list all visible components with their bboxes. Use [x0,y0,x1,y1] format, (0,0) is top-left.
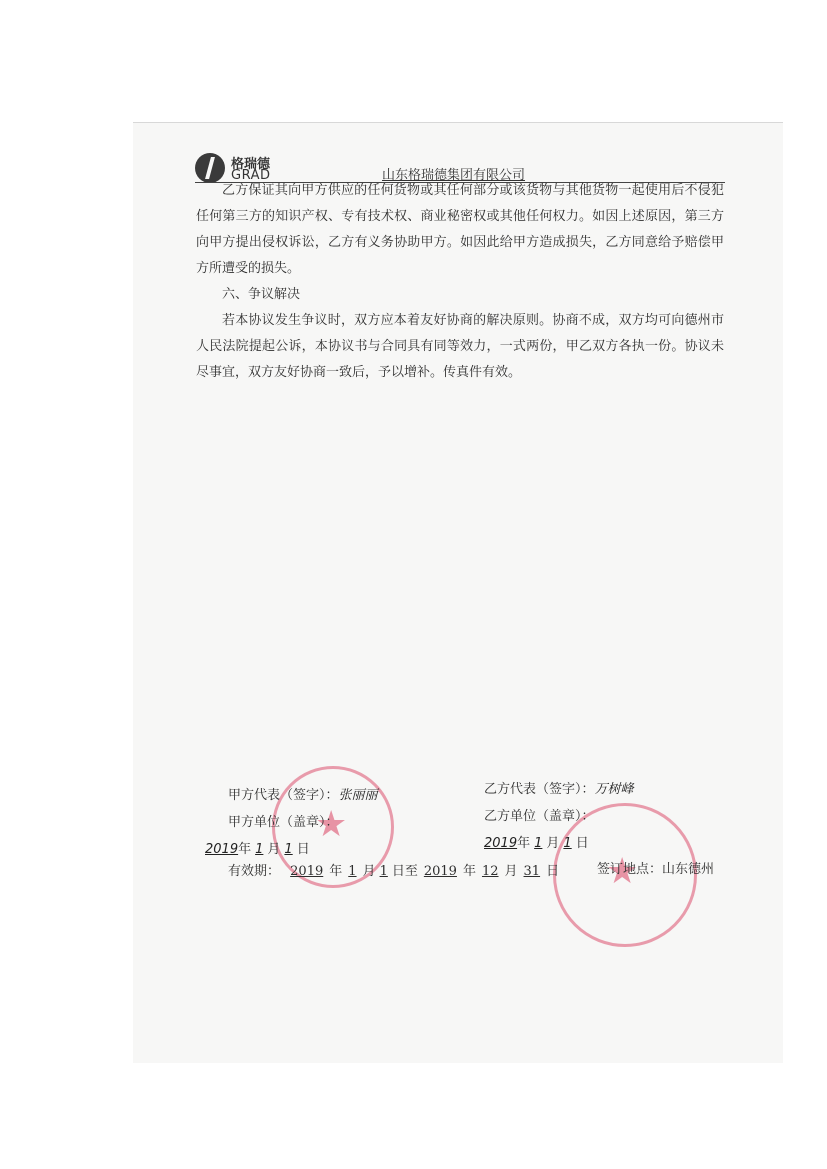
signing-place: 签订地点：山东德州 [597,858,714,877]
ip-warranty-paragraph: 乙方保证其向甲方供应的任何货物或其任何部分或该货物与其他货物一起使用后不侵犯任何… [196,178,724,282]
dispute-paragraph: 若本协议发生争议时，双方应本着友好协商的解决原则。协商不成，双方均可向德州市人民… [196,308,724,386]
party-a-rep-label: 甲方代表（签字）： [228,788,339,803]
party-b-rep-label: 乙方代表（签字）： [484,782,595,797]
party-a-date: 2019年1月1日 [205,838,310,857]
section-6-title: 六、争议解决 [196,282,724,308]
party-b-unit-label: 乙方单位（盖章）： [484,809,595,824]
contract-body: 乙方保证其向甲方供应的任何货物或其任何部分或该货物与其他货物一起使用后不侵犯任何… [196,178,724,386]
party-b-rep: 乙方代表（签字）：万树峰 [484,778,634,797]
validity-period: 有效期： 2019年1月1日至2019年12月31日 [228,860,559,879]
party-a-unit-label: 甲方单位（盖章）： [228,815,339,830]
party-b-unit: 乙方单位（盖章）： [484,805,595,824]
party-a-signature: 张丽丽 [339,788,378,803]
party-b-date: 2019年1月1日 [484,832,589,851]
party-a-rep: 甲方代表（签字）：张丽丽 [228,784,378,803]
party-a-unit: 甲方单位（盖章）： [228,811,339,830]
party-b-signature: 万树峰 [595,782,634,797]
